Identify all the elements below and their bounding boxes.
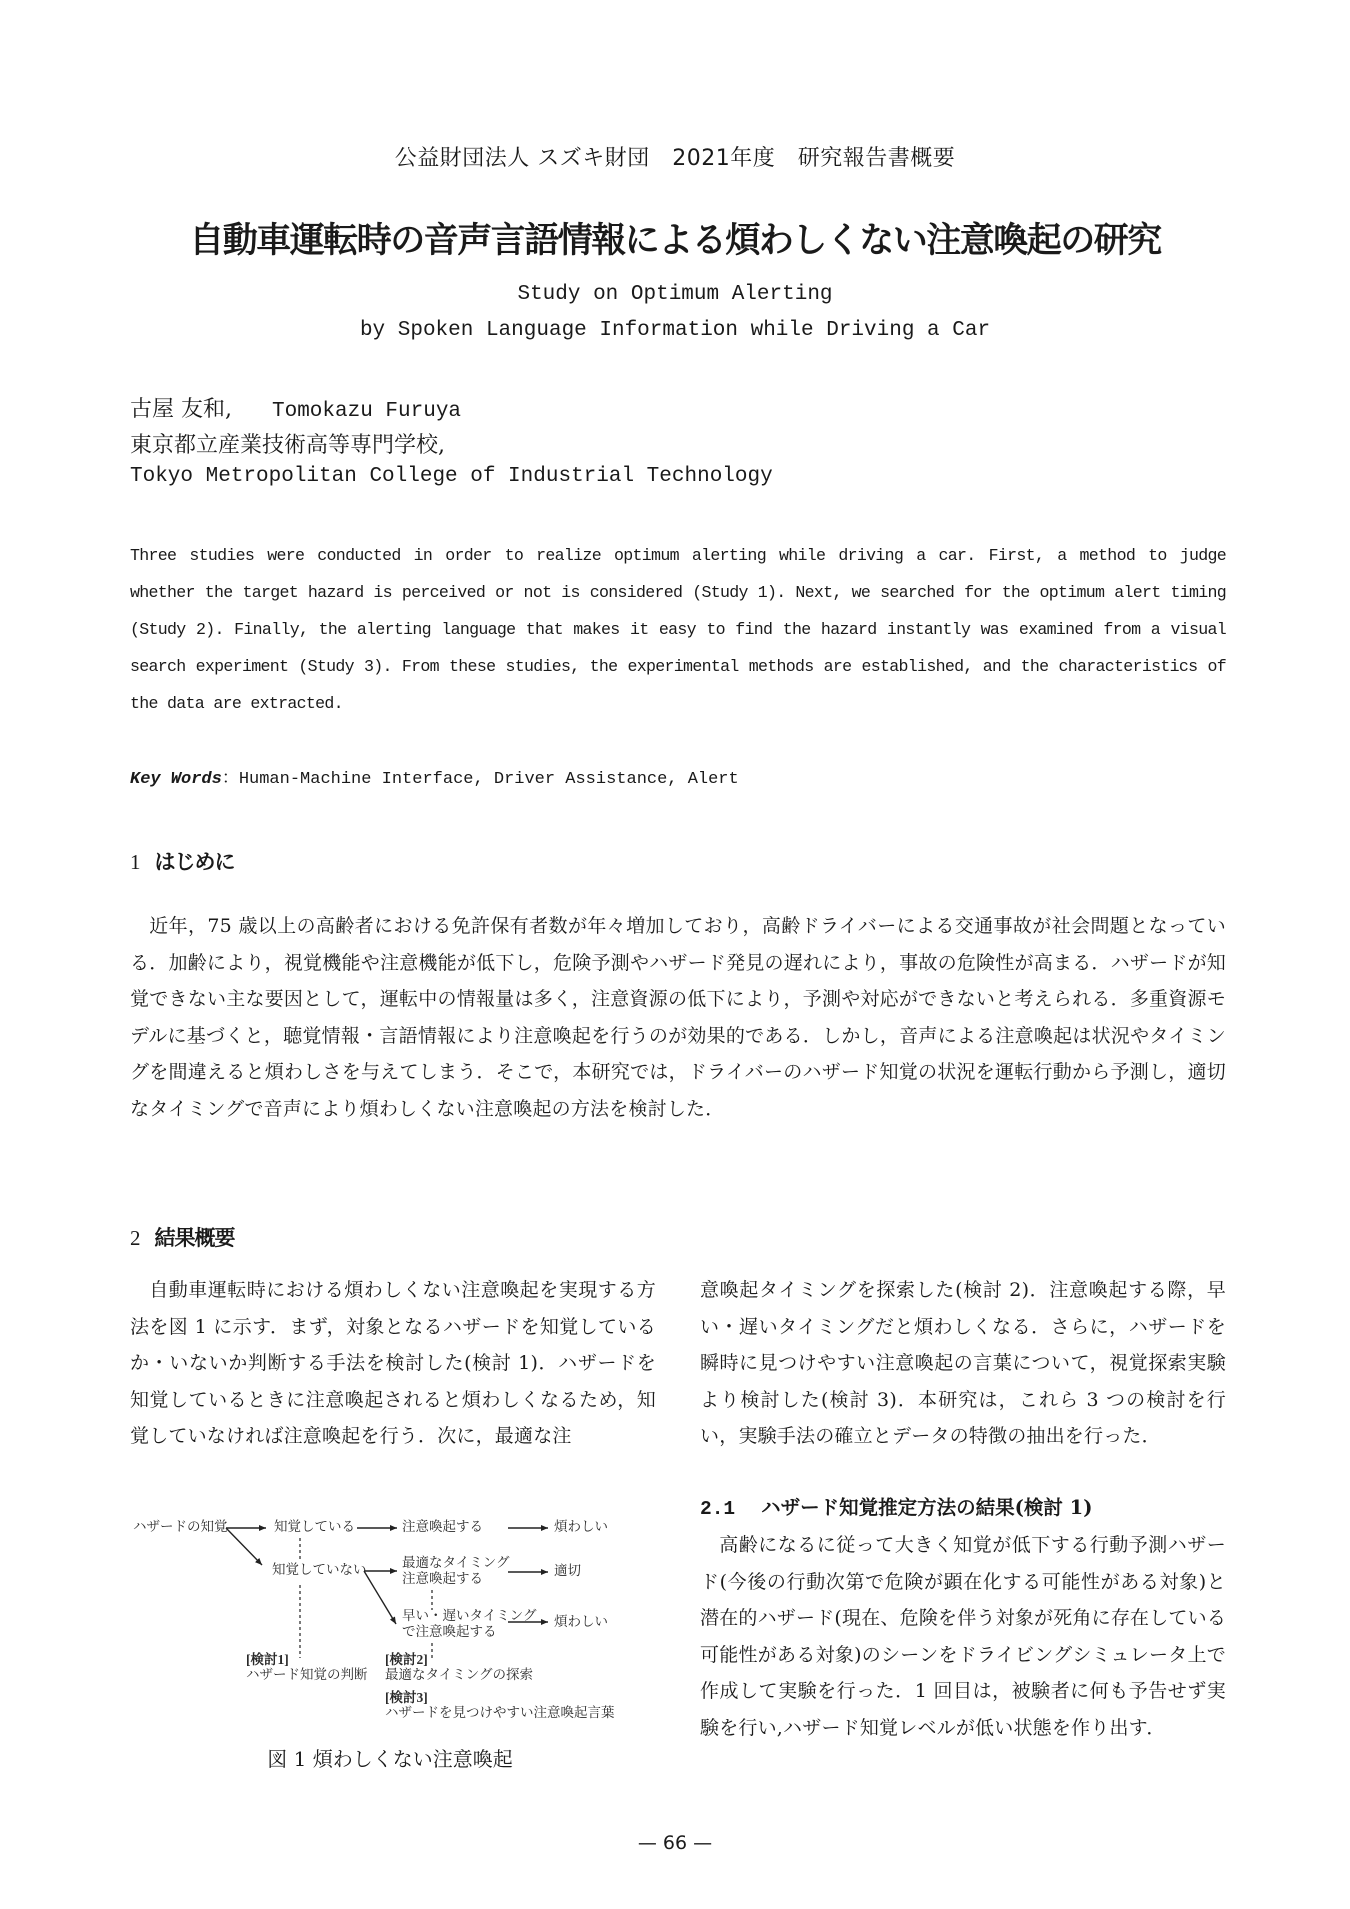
keywords-separator: ： <box>222 770 239 789</box>
section-1-paragraph: 近年，75 歳以上の高齢者における免許保有者数が年々増加しており，高齢ドライバー… <box>130 908 1226 1127</box>
title-english-line2: by Spoken Language Information while Dri… <box>0 319 1350 342</box>
node-optimal-timing-line2: 注意喚起する <box>402 1571 483 1588</box>
study-3-desc: ハザードを見つけやすい注意喚起言葉 <box>385 1705 615 1722</box>
figure-1-caption: 図 1 煩わしくない注意喚起 <box>0 1743 780 1772</box>
keywords-label: Key Words <box>130 770 222 789</box>
study-1-desc: ハザード知覚の判断 <box>246 1667 368 1684</box>
section-2-paragraph-left: 自動車運転時における煩わしくない注意喚起を実現する方法を図 1 に示す．まず，対… <box>130 1272 656 1455</box>
report-header: 公益財団法人 スズキ財団 2021年度 研究報告書概要 <box>0 141 1350 172</box>
abstract: Three studies were conducted in order to… <box>130 537 1226 722</box>
section-2-heading: 2結果概要 <box>130 1222 235 1252</box>
subsection-2-1-paragraph: 高齢になるに従って大きく知覚が低下する行動予測ハザード(今後の行動次第で危険が顕… <box>700 1527 1226 1746</box>
paragraph-text: 高齢になるに従って大きく知覚が低下する行動予測ハザード(今後の行動次第で危険が顕… <box>700 1534 1226 1739</box>
page-number: — 66 — <box>0 1832 1350 1854</box>
node-hazard-perception: ハザードの知覚 <box>133 1519 228 1536</box>
node-annoying-2: 煩わしい <box>554 1614 608 1631</box>
paragraph-text: 自動車運転時における煩わしくない注意喚起を実現する方法を図 1 に示す．まず，対… <box>130 1279 656 1447</box>
study-2-label: [検討2] <box>385 1651 428 1668</box>
section-number: 1 <box>130 850 141 874</box>
title-japanese: 自動車運転時の音声言語情報による煩わしくない注意喚起の研究 <box>0 213 1350 263</box>
study-2-desc: 最適なタイミングの探索 <box>385 1667 533 1684</box>
keywords-values: Human-Machine Interface, Driver Assistan… <box>239 770 739 789</box>
node-optimal-timing-line1: 最適なタイミング <box>402 1555 509 1572</box>
section-2-paragraph-right: 意喚起タイミングを探索した(検討 2)．注意喚起する際，早い・遅いタイミングだと… <box>700 1272 1226 1455</box>
section-title: はじめに <box>155 850 235 874</box>
section-1-heading: 1はじめに <box>130 846 235 876</box>
node-alert: 注意喚起する <box>402 1519 483 1536</box>
keywords: Key Words：Human-Machine Interface, Drive… <box>130 763 739 789</box>
author-name-en: Tomokazu Furuya <box>272 400 461 423</box>
figure-1-diagram: ハザードの知覚 知覚している 知覚していない 注意喚起する 煩わしい 最適なタイ… <box>120 1505 660 1730</box>
node-appropriate: 適切 <box>554 1563 581 1580</box>
paragraph-text: 意喚起タイミングを探索した(検討 2)．注意喚起する際，早い・遅いタイミングだと… <box>700 1279 1226 1447</box>
node-not-perceived: 知覚していない <box>272 1562 367 1579</box>
author-line: 古屋 友和,Tomokazu Furuya <box>130 392 461 423</box>
node-early-late-line1: 早い・遅いタイミング <box>402 1608 536 1625</box>
subsection-number: 2.1 <box>700 1498 735 1520</box>
study-1-label: [検討1] <box>246 1651 289 1668</box>
node-annoying-1: 煩わしい <box>554 1519 608 1536</box>
node-perceived: 知覚している <box>274 1519 355 1536</box>
author-affiliation-en: Tokyo Metropolitan College of Industrial… <box>130 465 773 488</box>
subsection-2-1-heading: 2.1ハザード知覚推定方法の結果(検討 1) <box>700 1492 1092 1520</box>
study-3-label: [検討3] <box>385 1689 428 1706</box>
author-name-ja: 古屋 友和, <box>130 397 232 422</box>
title-english-line1: Study on Optimum Alerting <box>0 283 1350 306</box>
paragraph-text: 近年，75 歳以上の高齢者における免許保有者数が年々増加しており，高齢ドライバー… <box>130 915 1226 1120</box>
section-title: 結果概要 <box>155 1226 235 1250</box>
section-number: 2 <box>130 1226 141 1250</box>
author-affiliation-ja: 東京都立産業技術高等専門学校, <box>130 428 445 459</box>
subsection-title: ハザード知覚推定方法の結果(検討 1) <box>761 1496 1092 1519</box>
node-early-late-line2: で注意喚起する <box>402 1624 497 1641</box>
